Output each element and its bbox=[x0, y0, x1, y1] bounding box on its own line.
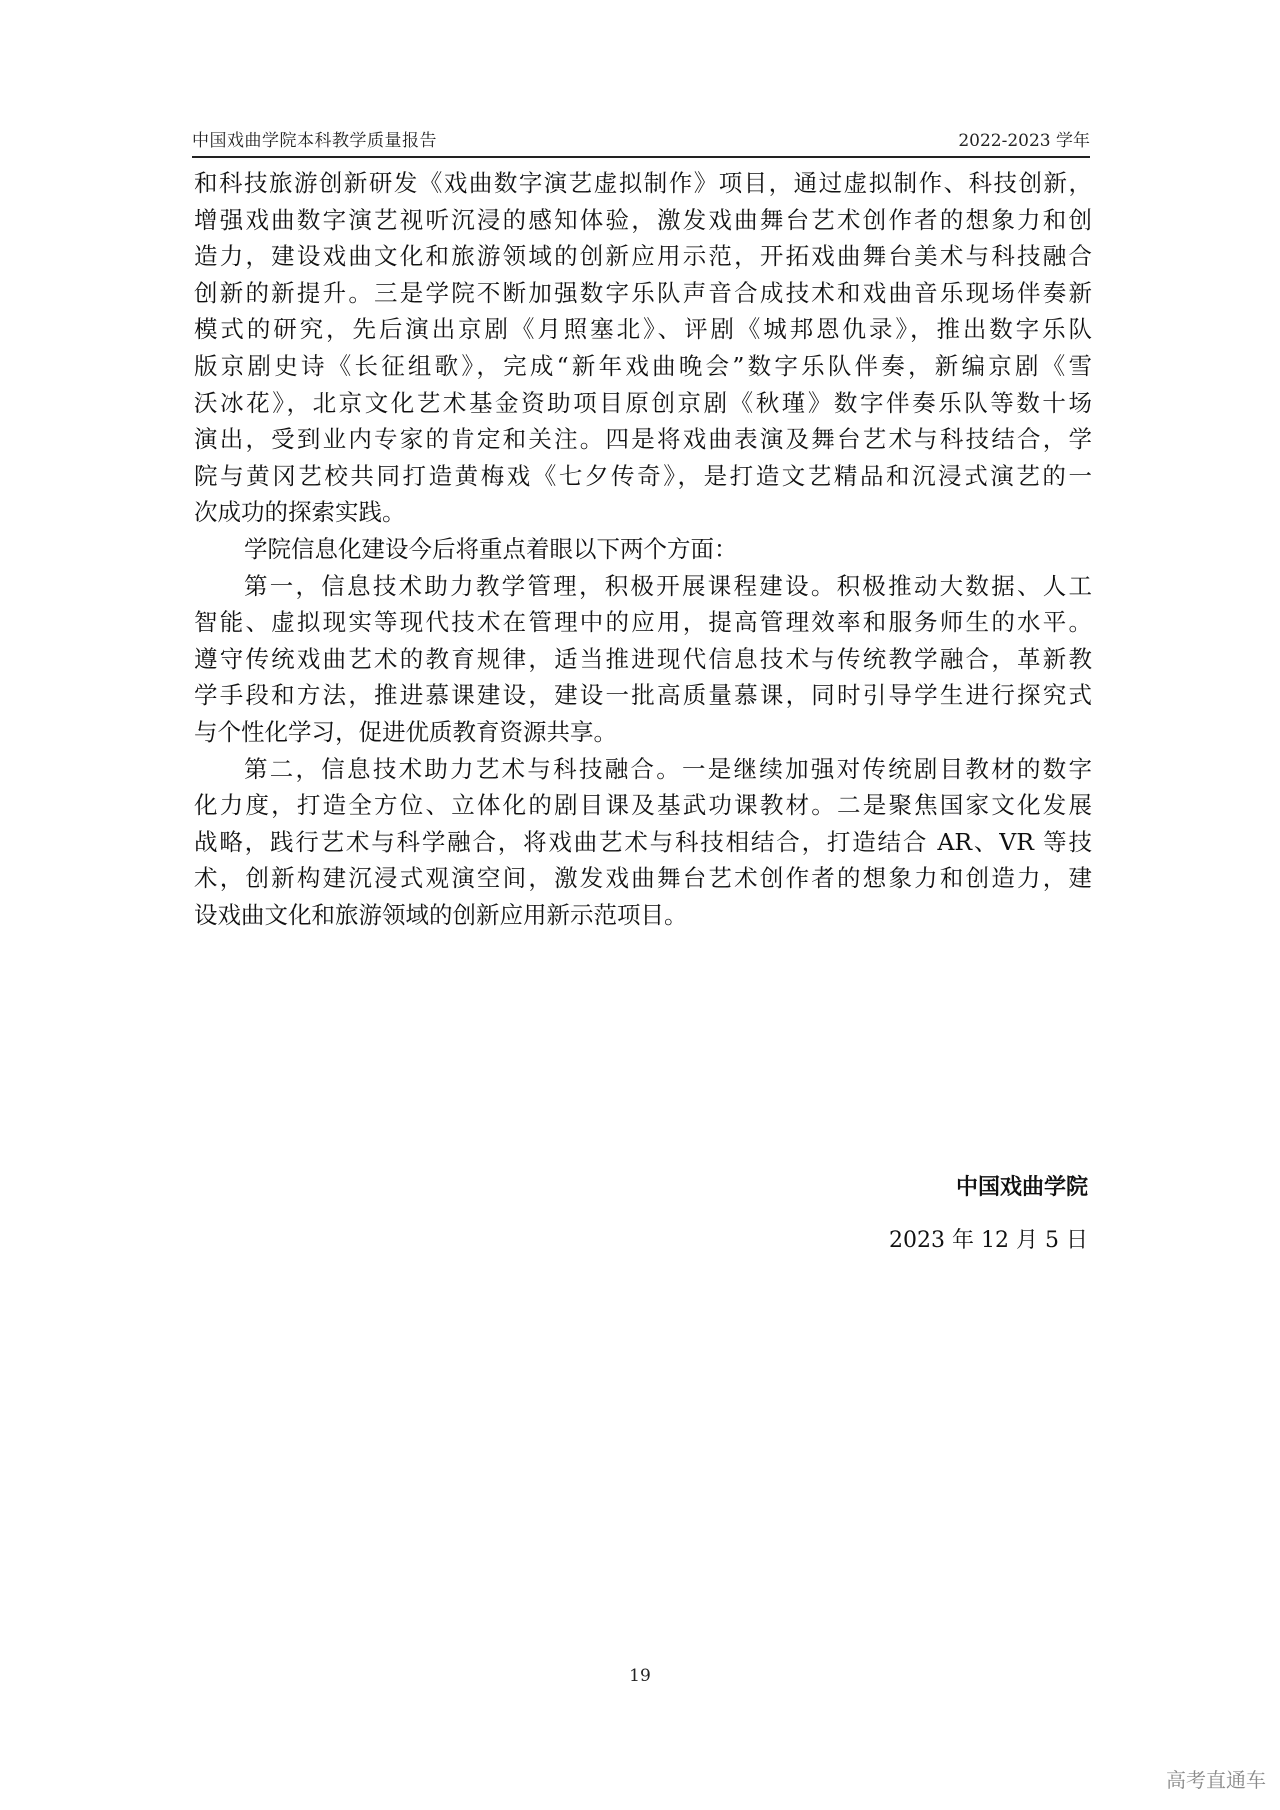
signature-organization: 中国戏曲学院 bbox=[956, 1170, 1088, 1201]
text-line: 增强戏曲数字演艺视听沉浸的感知体验，激发戏曲舞台艺术创作者的想象力和创 bbox=[194, 202, 1092, 239]
signature-date: 2023 年 12 月 5 日 bbox=[889, 1223, 1088, 1254]
text-line: 遵守传统戏曲艺术的教育规律，适当推进现代信息技术与传统教学融合，革新教 bbox=[194, 641, 1092, 678]
watermark: 高考直通车 bbox=[1166, 1764, 1266, 1793]
text-line: 模式的研究，先后演出京剧《月照塞北》、评剧《城邦恩仇录》，推出数字乐队 bbox=[194, 311, 1092, 348]
text-line: 术，创新构建沉浸式观演空间，激发戏曲舞台艺术创作者的想象力和创造力，建 bbox=[194, 860, 1092, 897]
text-line: 第一，信息技术助力教学管理，积极开展课程建设。积极推动大数据、人工 bbox=[194, 568, 1092, 605]
paragraph: 第一，信息技术助力教学管理，积极开展课程建设。积极推动大数据、人工 智能、虚拟现… bbox=[194, 568, 1092, 751]
text-line: 院与黄冈艺校共同打造黄梅戏《七夕传奇》，是打造文艺精品和沉浸式演艺的一 bbox=[194, 458, 1092, 495]
paragraph: 第二，信息技术助力艺术与科技融合。一是继续加强对传统剧目教材的数字 化力度，打造… bbox=[194, 751, 1092, 934]
text-line: 设戏曲文化和旅游领域的创新应用新示范项目。 bbox=[194, 897, 1092, 934]
text-line: 学手段和方法，推进慕课建设，建设一批高质量慕课，同时引导学生进行探究式 bbox=[194, 677, 1092, 714]
academic-year: 2022-2023 学年 bbox=[958, 126, 1090, 151]
text-line: 演出，受到业内专家的肯定和关注。四是将戏曲表演及舞台艺术与科技结合，学 bbox=[194, 421, 1092, 458]
text-line: 智能、虚拟现实等现代技术在管理中的应用，提高管理效率和服务师生的水平。 bbox=[194, 604, 1092, 641]
text-line: 次成功的探索实践。 bbox=[194, 494, 1092, 531]
text-line: 版京剧史诗《长征组歌》，完成“新年戏曲晚会”数字乐队伴奏，新编京剧《雪 bbox=[194, 348, 1092, 385]
paragraph: 学院信息化建设今后将重点着眼以下两个方面： bbox=[194, 531, 1092, 568]
text-line: 战略，践行艺术与科学融合，将戏曲艺术与科技相结合，打造结合 AR、VR 等技 bbox=[194, 824, 1092, 861]
text-line: 沃冰花》，北京文化艺术基金资助项目原创京剧《秋瑾》数字伴奏乐队等数十场 bbox=[194, 385, 1092, 422]
page-header: 中国戏曲学院本科教学质量报告 2022-2023 学年 bbox=[192, 118, 1090, 158]
report-title: 中国戏曲学院本科教学质量报告 bbox=[192, 126, 437, 151]
text-line: 与个性化学习，促进优质教育资源共享。 bbox=[194, 714, 1092, 751]
text-line: 化力度，打造全方位、立体化的剧目课及基武功课教材。二是聚焦国家文化发展 bbox=[194, 787, 1092, 824]
text-line: 创新的新提升。三是学院不断加强数字乐队声音合成技术和戏曲音乐现场伴奏新 bbox=[194, 275, 1092, 312]
paragraph: 和科技旅游创新研发《戏曲数字演艺虚拟制作》项目，通过虚拟制作、科技创新， 增强戏… bbox=[194, 165, 1092, 531]
text-line: 和科技旅游创新研发《戏曲数字演艺虚拟制作》项目，通过虚拟制作、科技创新， bbox=[194, 165, 1092, 202]
text-line: 第二，信息技术助力艺术与科技融合。一是继续加强对传统剧目教材的数字 bbox=[194, 751, 1092, 788]
text-line: 造力，建设戏曲文化和旅游领域的创新应用示范，开拓戏曲舞台美术与科技融合 bbox=[194, 238, 1092, 275]
text-line: 学院信息化建设今后将重点着眼以下两个方面： bbox=[194, 531, 1092, 568]
page-number: 19 bbox=[0, 1666, 1280, 1686]
body-text: 和科技旅游创新研发《戏曲数字演艺虚拟制作》项目，通过虚拟制作、科技创新， 增强戏… bbox=[194, 165, 1092, 933]
